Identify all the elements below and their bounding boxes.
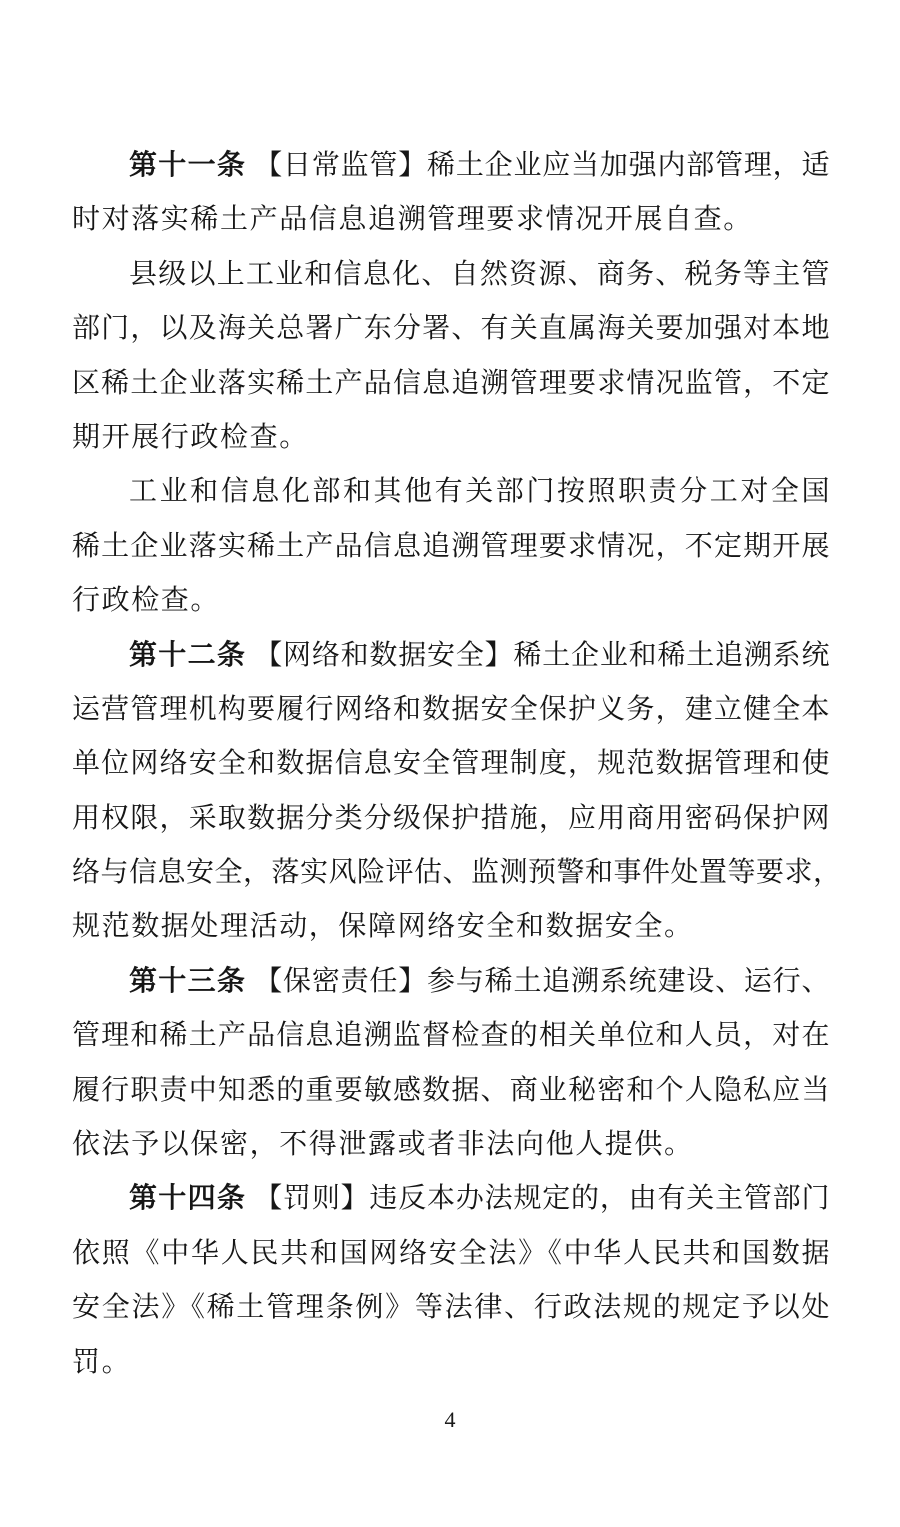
- text-run: 【保密责任】参与稀土追溯系统建设、运行、: [254, 966, 830, 997]
- text-run: 时对落实稀土产品信息追溯管理要求情况开展自查。: [72, 204, 753, 235]
- text-line: 依照《中华人民共和国网络安全法》《中华人民共和国数据: [72, 1227, 830, 1281]
- paragraph: 第十三条【保密责任】参与稀土追溯系统建设、运行、管理和稀土产品信息追溯监督检查的…: [72, 955, 830, 1173]
- text-line: 期开展行政检查。: [72, 411, 830, 465]
- text-run: 行政检查。: [72, 585, 220, 616]
- paragraph: 第十二条【网络和数据安全】稀土企业和稀土追溯系统运营管理机构要履行网络和数据安全…: [72, 629, 830, 955]
- text-line: 安全法》《稀土管理条例》等法律、行政法规的规定予以处: [72, 1281, 830, 1335]
- document-page: 第十一条【日常监管】稀土企业应当加强内部管理，适时对落实稀土产品信息追溯管理要求…: [0, 0, 900, 1527]
- page-footer: 4: [0, 1404, 900, 1436]
- text-run: 运营管理机构要履行网络和数据安全保护义务，建立健全本: [72, 694, 830, 725]
- text-line: 区稀土企业落实稀土产品信息追溯管理要求情况监管，不定: [72, 357, 830, 411]
- text-line: 第十一条【日常监管】稀土企业应当加强内部管理，适: [72, 139, 830, 193]
- text-run: 区稀土企业落实稀土产品信息追溯管理要求情况监管，不定: [72, 368, 830, 399]
- paragraph: 第十四条【罚则】违反本办法规定的，由有关主管部门依照《中华人民共和国网络安全法》…: [72, 1172, 830, 1390]
- text-run: 稀土企业落实稀土产品信息追溯管理要求情况，不定期开展: [72, 531, 830, 562]
- text-run: 安全法》《稀土管理条例》等法律、行政法规的规定予以处: [72, 1292, 830, 1323]
- article-number: 第十四条: [129, 1183, 246, 1214]
- text-run: 工业和信息化部和其他有关部门按照职责分工对全国: [129, 476, 830, 507]
- document-body: 第十一条【日常监管】稀土企业应当加强内部管理，适时对落实稀土产品信息追溯管理要求…: [72, 139, 830, 1390]
- text-run: 县级以上工业和信息化、自然资源、商务、税务等主管: [129, 259, 830, 290]
- text-line: 管理和稀土产品信息追溯监督检查的相关单位和人员，对在: [72, 1009, 830, 1063]
- text-line: 运营管理机构要履行网络和数据安全保护义务，建立健全本: [72, 683, 830, 737]
- text-line: 罚。: [72, 1336, 830, 1390]
- text-line: 规范数据处理活动，保障网络安全和数据安全。: [72, 900, 830, 954]
- text-line: 第十四条【罚则】违反本办法规定的，由有关主管部门: [72, 1172, 830, 1226]
- text-run: 依照《中华人民共和国网络安全法》《中华人民共和国数据: [72, 1238, 830, 1269]
- text-run: 履行职责中知悉的重要敏感数据、商业秘密和个人隐私应当: [72, 1075, 830, 1106]
- text-run: 依法予以保密，不得泄露或者非法向他人提供。: [72, 1129, 694, 1160]
- text-line: 第十三条【保密责任】参与稀土追溯系统建设、运行、: [72, 955, 830, 1009]
- text-line: 履行职责中知悉的重要敏感数据、商业秘密和个人隐私应当: [72, 1064, 830, 1118]
- paragraph: 县级以上工业和信息化、自然资源、商务、税务等主管部门，以及海关总署广东分署、有关…: [72, 248, 830, 466]
- paragraph: 第十一条【日常监管】稀土企业应当加强内部管理，适时对落实稀土产品信息追溯管理要求…: [72, 139, 830, 248]
- text-line: 稀土企业落实稀土产品信息追溯管理要求情况，不定期开展: [72, 520, 830, 574]
- text-line: 时对落实稀土产品信息追溯管理要求情况开展自查。: [72, 193, 830, 247]
- text-run: 【罚则】违反本办法规定的，由有关主管部门: [254, 1183, 830, 1214]
- text-run: 规范数据处理活动，保障网络安全和数据安全。: [72, 911, 694, 942]
- text-line: 络与信息安全，落实风险评估、监测预警和事件处置等要求，: [72, 846, 830, 900]
- text-line: 用权限，采取数据分类分级保护措施，应用商用密码保护网: [72, 792, 830, 846]
- text-run: 管理和稀土产品信息追溯监督检查的相关单位和人员，对在: [72, 1020, 830, 1051]
- article-number: 第十三条: [129, 966, 246, 997]
- text-line: 部门，以及海关总署广东分署、有关直属海关要加强对本地: [72, 302, 830, 356]
- text-run: 期开展行政检查。: [72, 422, 309, 453]
- text-line: 行政检查。: [72, 574, 830, 628]
- article-number: 第十二条: [129, 640, 246, 671]
- article-number: 第十一条: [129, 150, 246, 181]
- text-run: 用权限，采取数据分类分级保护措施，应用商用密码保护网: [72, 803, 830, 834]
- text-line: 依法予以保密，不得泄露或者非法向他人提供。: [72, 1118, 830, 1172]
- text-run: 罚。: [72, 1347, 131, 1378]
- text-run: 单位网络安全和数据信息安全管理制度，规范数据管理和使: [72, 748, 830, 779]
- text-line: 单位网络安全和数据信息安全管理制度，规范数据管理和使: [72, 737, 830, 791]
- page-number: 4: [445, 1407, 456, 1432]
- text-run: 络与信息安全，落实风险评估、监测预警和事件处置等要求，: [72, 857, 842, 888]
- text-line: 工业和信息化部和其他有关部门按照职责分工对全国: [72, 465, 830, 519]
- text-run: 【网络和数据安全】稀土企业和稀土追溯系统: [254, 640, 830, 671]
- text-run: 【日常监管】稀土企业应当加强内部管理，适: [254, 150, 830, 181]
- text-line: 县级以上工业和信息化、自然资源、商务、税务等主管: [72, 248, 830, 302]
- text-line: 第十二条【网络和数据安全】稀土企业和稀土追溯系统: [72, 629, 830, 683]
- paragraph: 工业和信息化部和其他有关部门按照职责分工对全国稀土企业落实稀土产品信息追溯管理要…: [72, 465, 830, 628]
- text-run: 部门，以及海关总署广东分署、有关直属海关要加强对本地: [72, 313, 830, 344]
